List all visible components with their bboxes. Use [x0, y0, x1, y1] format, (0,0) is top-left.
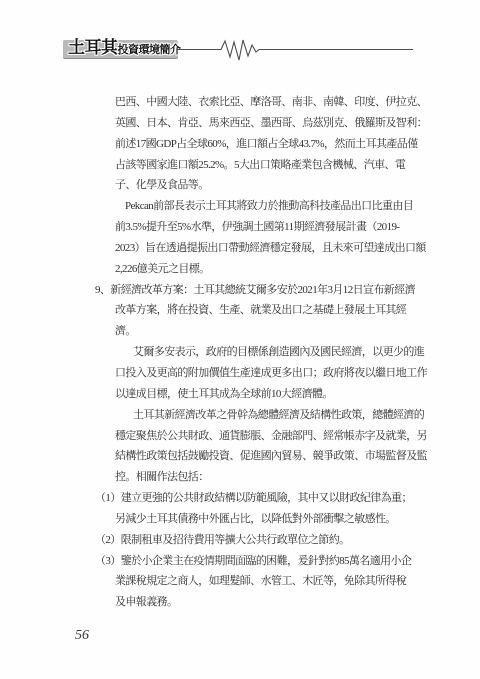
text-line: 9、新經濟改革方案：土耳其總統艾爾多安於2021年3月12日宣布新經濟	[95, 280, 435, 301]
text-line: 控。相關作法包括：	[115, 467, 435, 488]
text-line: 濟。	[115, 321, 435, 342]
body-text: 巴西、中國大陸、衣索比亞、摩洛哥、南非、南韓、印度、伊拉克、英國、日本、肯亞、馬…	[95, 92, 435, 613]
text-line: （3）鑒於小企業主在疫情期間面臨的困難，爰針對約85萬名適用小企	[95, 551, 435, 572]
document-page: 土耳其投資環境簡介 巴西、中國大陸、衣索比亞、摩洛哥、南非、南韓、印度、伊拉克、…	[0, 0, 480, 679]
heartbeat-line-icon	[177, 37, 413, 63]
text-line: 另減少土耳其債務中外匯占比，以降低對外部衝擊之敏感性。	[115, 509, 435, 530]
text-line: 結構性政策包括鼓勵投資、促進國內貿易、競爭政策、市場監督及監	[115, 446, 435, 467]
text-line: （2）限制租車及招待費用等擴大公共行政單位之節約。	[95, 530, 435, 551]
text-line: 業課稅規定之商人，如理髮師、水管工、木匠等，免除其所得稅	[115, 571, 435, 592]
text-line: Pekcan前部長表示土耳其將致力於推動高科技產品出口比重由目	[125, 196, 435, 217]
text-line: （1）建立更強的公共財政結構以防範風險，其中又以財政紀律為重；	[95, 488, 435, 509]
text-line: 2023）旨在透過提振出口帶動經濟穩定發展，且未來可望達成出口額	[115, 238, 435, 259]
text-line: 艾爾多安表示，政府的目標係創造國內及國民經濟，以更少的進	[133, 342, 435, 363]
text-line: 口投入及更高的附加價值生產達成更多出口；政府將夜以繼日地工作	[115, 363, 435, 384]
text-line: 占該等國家進口額25.2%。5大出口策略產業包含機械、汽車、電	[115, 155, 435, 176]
text-line: 前3.5%提升至5%水準，伊強調土國第11期經濟發展計畫（2019-	[115, 217, 435, 238]
text-line: 土耳其新經濟改革之骨幹為總體經濟及結構性政策，總體經濟的	[133, 405, 435, 426]
text-line: 以達成目標，使土耳其成為全球前10大經濟體。	[115, 384, 435, 405]
chapter-title: 土耳其投資環境簡介	[68, 33, 181, 58]
text-line: 穩定聚焦於公共財政、通貨膨脹、金融部門、經常帳赤字及就業，另	[115, 426, 435, 447]
page-number: 56	[75, 628, 89, 644]
text-line: 巴西、中國大陸、衣索比亞、摩洛哥、南非、南韓、印度、伊拉克、	[115, 92, 435, 113]
chapter-title-bar: 土耳其投資環境簡介	[63, 40, 178, 58]
chapter-title-main: 土耳其	[68, 38, 118, 57]
text-line: 子、化學及食品等。	[115, 175, 435, 196]
text-line: 及申報義務。	[115, 592, 435, 613]
text-line: 前述17國GDP占全球60%，進口額占全球43.7%，然而土耳其產品僅	[115, 134, 435, 155]
text-line: 英國、日本、肯亞、馬來西亞、墨西哥、烏茲別克、俄羅斯及智利：	[115, 113, 435, 134]
text-line: 改革方案，將在投資、生產、就業及出口之基礎上發展土耳其經	[115, 300, 435, 321]
chapter-title-sub: 投資環境簡介	[118, 44, 181, 56]
text-line: 2,226億美元之目標。	[115, 259, 435, 280]
